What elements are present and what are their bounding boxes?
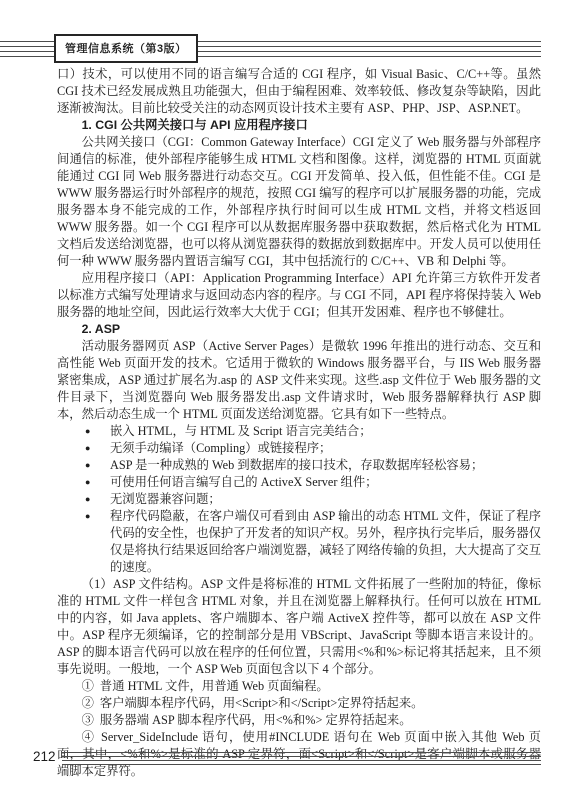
list-item: ● 可使用任何语言编写自己的 ActiveX Server 组件； [57,474,541,491]
paragraph-asp-intro: 活动服务器网页 ASP（Active Server Pages）是微软 1996… [57,338,541,423]
list-item: ● 无浏览器兼容问题； [57,491,541,508]
bullet-icon: ● [85,474,110,491]
feature-text: 无浏览器兼容问题； [110,491,541,508]
page-number: 212 [33,749,56,764]
footer-rule-line [62,760,541,761]
circled-number-icon: ② [82,696,94,710]
footer-rule-lines [62,752,541,768]
numbered-item: ②客户端脚本程序代码，用<Script>和</Script>定界符括起来。 [57,695,541,712]
feature-text: 无须手动编译（Compling）或链接程序； [110,440,541,457]
paragraph-cgi: 公共网关接口（CGI：Common Gateway Interface）CGI … [57,134,541,270]
feature-text: 程序代码隐蔽，在客户端仅可看到由 ASP 输出的动态 HTML 文件，保证了程序… [110,508,541,576]
asp-feature-list: ● 嵌入 HTML，与 HTML 及 Script 语言完美结合； ● 无须手动… [57,423,541,576]
bullet-icon: ● [85,440,110,457]
feature-text: 嵌入 HTML，与 HTML 及 Script 语言完美结合； [110,423,541,440]
book-title-box: 管理信息系统（第3版） [54,34,198,63]
heading-asp: 2. ASP [57,321,541,338]
numbered-item-text: 服务器端 ASP 脚本程序代码，用<%和%> 定界符括起来。 [100,713,412,727]
book-page: 管理信息系统（第3版） 口）技术，可以使用不同的语言编写合适的 CGI 程序，如… [0,0,569,800]
feature-text: ASP 是一种成熟的 Web 到数据库的接口技术，存取数据库轻松容易； [110,457,541,474]
list-item: ● 无须手动编译（Compling）或链接程序； [57,440,541,457]
heading-cgi-api: 1. CGI 公共网关接口与 API 应用程序接口 [57,117,541,134]
footer-rule-line [62,752,541,753]
bullet-icon: ● [85,508,110,576]
book-title: 管理信息系统（第3版） [65,43,187,55]
circled-number-icon: ③ [82,713,94,727]
list-item: ● ASP 是一种成熟的 Web 到数据库的接口技术，存取数据库轻松容易； [57,457,541,474]
feature-text: 可使用任何语言编写自己的 ActiveX Server 组件； [110,474,541,491]
page-body: 口）技术，可以使用不同的语言编写合适的 CGI 程序，如 Visual Basi… [57,66,541,780]
numbered-item-text: 客户端脚本程序代码，用<Script>和</Script>定界符括起来。 [100,696,424,710]
bullet-icon: ● [85,457,110,474]
paragraph-api: 应用程序接口（API：Application Programming Inter… [57,270,541,321]
paragraph-intro-continuation: 口）技术，可以使用不同的语言编写合适的 CGI 程序，如 Visual Basi… [57,66,541,117]
bullet-icon: ● [85,491,110,508]
footer-rule-line [62,756,541,757]
circled-number-icon: ① [82,679,94,693]
list-item: ● 嵌入 HTML，与 HTML 及 Script 语言完美结合； [57,423,541,440]
list-item: ● 程序代码隐蔽，在客户端仅可看到由 ASP 输出的动态 HTML 文件，保证了… [57,508,541,576]
footer-rule-line [62,764,541,765]
bullet-icon: ● [85,423,110,440]
numbered-item: ③服务器端 ASP 脚本程序代码，用<%和%> 定界符括起来。 [57,712,541,729]
numbered-item: ①普通 HTML 文件，用普通 Web 页面编程。 [57,678,541,695]
circled-number-icon: ④ [82,730,95,744]
paragraph-asp-structure: （1）ASP 文件结构。ASP 文件是将标准的 HTML 文件拓展了一些附加的特… [57,576,541,678]
numbered-item-text: 普通 HTML 文件，用普通 Web 页面编程。 [100,679,329,693]
